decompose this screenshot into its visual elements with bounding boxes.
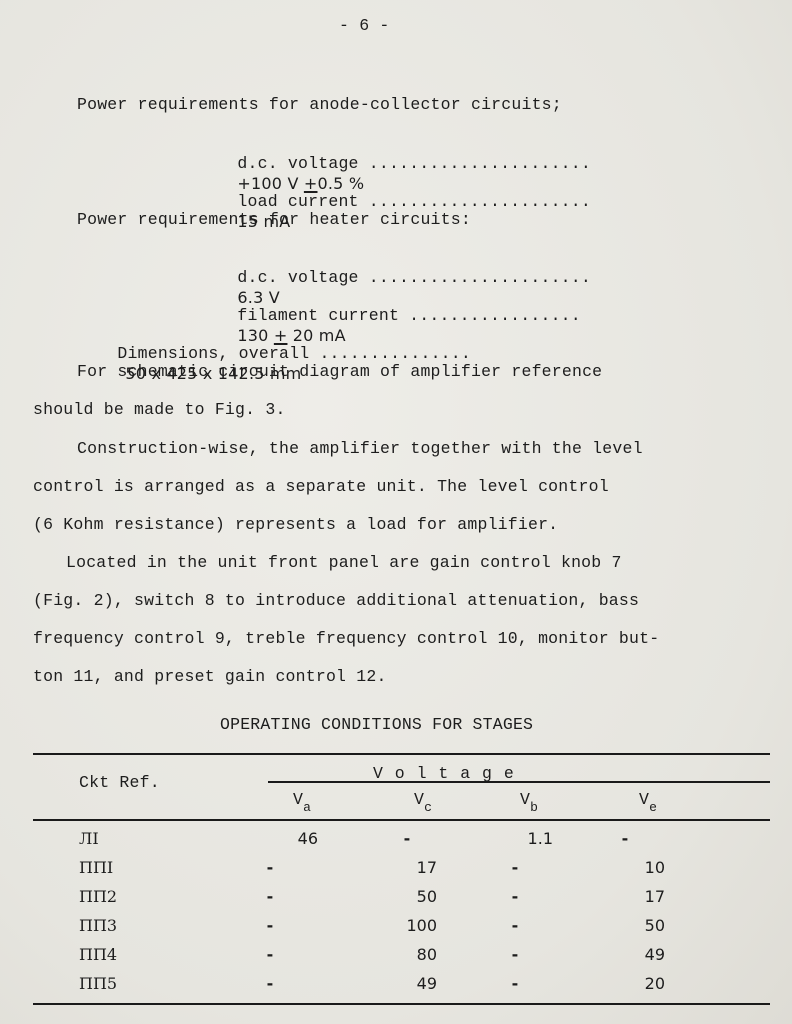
table-cell-vc: 100: [357, 916, 437, 936]
table-cell-ve: 50: [585, 916, 665, 936]
paragraph-line: For schematic circuit diagram of amplifi…: [77, 362, 602, 382]
paragraph-line: control is arranged as a separate unit. …: [33, 477, 609, 497]
table-title: OPERATING CONDITIONS FOR STAGES: [220, 715, 533, 735]
column-header-va: Va: [293, 790, 311, 811]
table-cell-va: -: [240, 974, 300, 994]
table-bottom-rule: [33, 1003, 770, 1005]
anode-dc-label: d.c. voltage ......................: [237, 154, 591, 173]
table-cell-vb: -: [485, 945, 545, 965]
table-cell-vb: -: [485, 887, 545, 907]
table-cell-vb: -: [485, 858, 545, 878]
table-row-ref: ПП2: [79, 887, 117, 907]
paragraph-line: should be made to Fig. 3.: [33, 400, 286, 420]
heater-heading: Power requirements for heater circuits:: [77, 210, 471, 230]
table-header-rule: [33, 819, 770, 821]
paragraph-line: Located in the unit front panel are gain…: [66, 553, 622, 573]
table-row-ref: ЛI: [79, 829, 99, 849]
table-cell-va: 46: [238, 829, 318, 849]
table-row-ref: ППI: [79, 858, 113, 878]
paragraph-line: (Fig. 2), switch 8 to introduce addition…: [33, 591, 639, 611]
heater-dc-label: d.c. voltage ......................: [237, 268, 591, 287]
paragraph-line: ton 11, and preset gain control 12.: [33, 667, 387, 687]
table-cell-vc: 17: [357, 858, 437, 878]
table-cell-vb: -: [485, 916, 545, 936]
anode-load-label: load current ......................: [237, 192, 591, 211]
table-cell-ve: 10: [585, 858, 665, 878]
table-cell-ve: 20: [585, 974, 665, 994]
table-cell-vb: 1.1: [473, 829, 553, 849]
document-page: - 6 - Power requirements for anode-colle…: [0, 0, 792, 1024]
table-cell-ve: 49: [585, 945, 665, 965]
table-row-ref: ПП3: [79, 916, 117, 936]
table-row-ref: ПП4: [79, 945, 117, 965]
table-cell-va: -: [240, 858, 300, 878]
table-cell-ve: -: [595, 829, 655, 849]
table-cell-vc: -: [377, 829, 437, 849]
heater-filament-label: filament current .................: [237, 306, 580, 325]
anode-heading: Power requirements for anode-collector c…: [77, 95, 562, 115]
table-cell-va: -: [240, 887, 300, 907]
paragraph-line: Construction-wise, the amplifier togethe…: [77, 439, 643, 459]
table-cell-vb: -: [485, 974, 545, 994]
column-header-vb: Vb: [520, 790, 538, 811]
paragraph-line: (6 Kohm resistance) represents a load fo…: [33, 515, 558, 535]
column-header-ve: Ve: [639, 790, 657, 811]
table-cell-ve: 17: [585, 887, 665, 907]
table-cell-vc: 80: [357, 945, 437, 965]
table-cell-vc: 50: [357, 887, 437, 907]
column-header-vc: Vc: [414, 790, 432, 811]
dimensions-label: Dimensions, overall ...............: [117, 344, 471, 363]
voltage-group-rule: [268, 781, 770, 783]
table-ref-header: Ckt Ref.: [79, 773, 160, 793]
table-cell-vc: 49: [357, 974, 437, 994]
page-number: - 6 -: [339, 16, 390, 36]
table-cell-va: -: [240, 916, 300, 936]
paragraph-line: frequency control 9, treble frequency co…: [33, 629, 659, 649]
table-row-ref: ПП5: [79, 974, 117, 994]
table-cell-va: -: [240, 945, 300, 965]
table-top-rule: [33, 753, 770, 755]
